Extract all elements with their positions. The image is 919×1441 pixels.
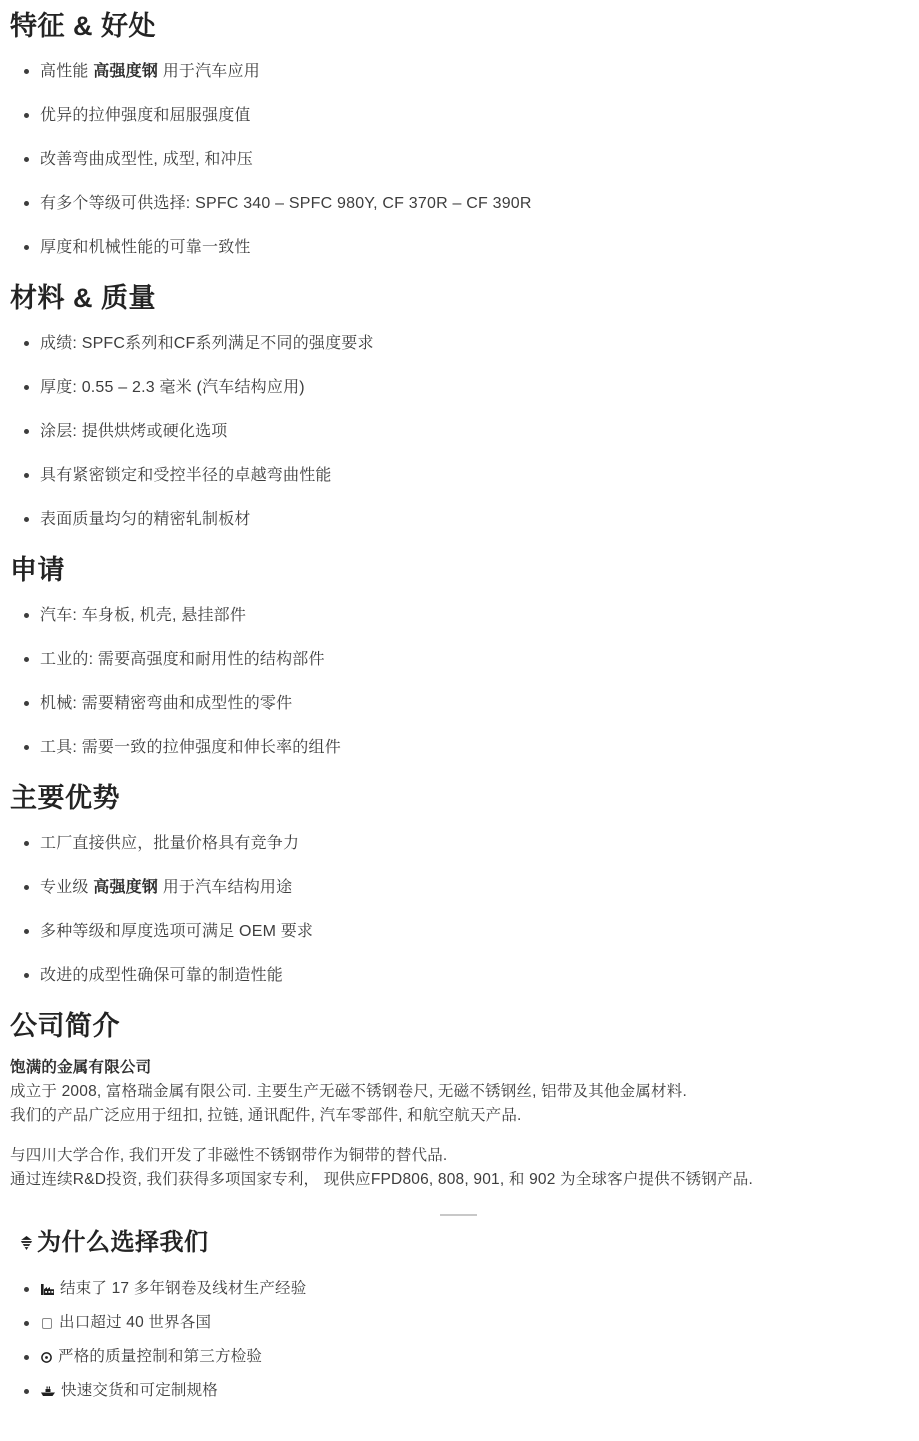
company-name: 饱满的金属有限公司 <box>10 1059 151 1076</box>
section-advantages: 主要优势 工厂直接供应，批量价格具有竞争力 专业级 高强度钢 用于汽车结构用途 … <box>10 782 907 985</box>
text-run: 专业级 <box>40 879 93 896</box>
why-choose-us-heading: 为什么选择我们 <box>18 1228 907 1258</box>
why-item-text: 快速交货和可定制规格 <box>61 1382 218 1400</box>
list-item: 改善弯曲成型性, 成型, 和冲压 <box>40 150 907 169</box>
list-item: 工具: 需要一致的拉伸强度和伸长率的组件 <box>40 738 907 757</box>
target-icon <box>40 1351 53 1364</box>
list-item: 专业级 高强度钢 用于汽车结构用途 <box>40 878 907 897</box>
list-item: 厚度: 0.55 – 2.3 毫米 (汽车结构应用) <box>40 378 907 397</box>
company-heading: 公司简介 <box>10 1010 907 1042</box>
list-item: 多种等级和厚度选项可满足 OEM 要求 <box>40 922 907 941</box>
section-why-choose-us: 为什么选择我们 结束了 17 多年钢卷及线材生产经验 出口超过 40 世界各国 <box>10 1228 907 1400</box>
list-item: 涂层: 提供烘烤或硬化选项 <box>40 422 907 441</box>
list-item: 工厂直接供应，批量价格具有竞争力 <box>40 834 907 853</box>
section-features: 特征 & 好处 高性能 高强度钢 用于汽车应用 优异的拉伸强度和屈服强度值 改善… <box>10 10 907 257</box>
text-run-bold: 高强度钢 <box>93 879 158 896</box>
why-choose-us-list: 结束了 17 多年钢卷及线材生产经验 出口超过 40 世界各国 严格的质量控制和… <box>10 1280 907 1400</box>
materials-list: 成绩: SPFC系列和CF系列满足不同的强度要求 厚度: 0.55 – 2.3 … <box>10 334 907 529</box>
list-item: 快速交货和可定制规格 <box>40 1382 907 1400</box>
applications-list: 汽车: 车身板, 机壳, 悬挂部件 工业的: 需要高强度和耐用性的结构部件 机械… <box>10 606 907 757</box>
section-applications: 申请 汽车: 车身板, 机壳, 悬挂部件 工业的: 需要高强度和耐用性的结构部件… <box>10 554 907 757</box>
list-item: 工业的: 需要高强度和耐用性的结构部件 <box>40 650 907 669</box>
list-item: 表面质量均匀的精密轧制板材 <box>40 510 907 529</box>
list-item: 结束了 17 多年钢卷及线材生产经验 <box>40 1280 907 1298</box>
company-line: 通过连续R&D投资, 我们获得多项国家专利， 现供应FPD806, 808, 9… <box>10 1171 753 1188</box>
text-run: 用于汽车应用 <box>158 63 260 80</box>
section-materials: 材料 & 质量 成绩: SPFC系列和CF系列满足不同的强度要求 厚度: 0.5… <box>10 282 907 529</box>
list-item: 优异的拉伸强度和屈服强度值 <box>40 106 907 125</box>
list-item: 机械: 需要精密弯曲和成型性的零件 <box>40 694 907 713</box>
list-item: 高性能 高强度钢 用于汽车应用 <box>40 62 907 81</box>
advantages-heading: 主要优势 <box>10 782 907 814</box>
ship-icon <box>40 1385 56 1398</box>
list-item: 出口超过 40 世界各国 <box>40 1314 907 1332</box>
company-description: 饱满的金属有限公司 成立于 2008, 富格瑞金属有限公司. 主要生产无磁不锈钢… <box>10 1056 907 1192</box>
section-divider <box>440 1214 477 1216</box>
list-item: 汽车: 车身板, 机壳, 悬挂部件 <box>40 606 907 625</box>
why-heading-text: 为什么选择我们 <box>37 1228 209 1258</box>
why-item-text: 出口超过 40 世界各国 <box>59 1314 211 1332</box>
list-item: 改进的成型性确保可靠的制造性能 <box>40 966 907 985</box>
company-line: 我们的产品广泛应用于纽扣, 拉链, 通讯配件, 汽车零部件, 和航空航天产品. <box>10 1107 522 1124</box>
materials-heading: 材料 & 质量 <box>10 282 907 314</box>
text-run: 高性能 <box>40 63 93 80</box>
product-description-page: 特征 & 好处 高性能 高强度钢 用于汽车应用 优异的拉伸强度和屈服强度值 改善… <box>0 0 919 1426</box>
why-item-text: 严格的质量控制和第三方检验 <box>58 1348 262 1366</box>
company-paragraph: 与四川大学合作, 我们开发了非磁性不锈钢带作为铜带的替代品. 通过连续R&D投资… <box>10 1144 907 1192</box>
list-item: 成绩: SPFC系列和CF系列满足不同的强度要求 <box>40 334 907 353</box>
company-line: 与四川大学合作, 我们开发了非磁性不锈钢带作为铜带的替代品. <box>10 1147 447 1164</box>
text-run-bold: 高强度钢 <box>93 63 158 80</box>
advantages-list: 工厂直接供应，批量价格具有竞争力 专业级 高强度钢 用于汽车结构用途 多种等级和… <box>10 834 907 985</box>
applications-heading: 申请 <box>10 554 907 586</box>
text-run: 用于汽车结构用途 <box>158 879 292 896</box>
features-heading: 特征 & 好处 <box>10 10 907 42</box>
company-line: 成立于 2008, 富格瑞金属有限公司. 主要生产无磁不锈钢卷尺, 无磁不锈钢丝… <box>10 1083 687 1100</box>
why-item-text: 结束了 17 多年钢卷及线材生产经验 <box>60 1280 306 1298</box>
list-item: 有多个等级可供选择: SPFC 340 – SPFC 980Y, CF 370R… <box>40 194 907 213</box>
section-company-profile: 公司简介 饱满的金属有限公司 成立于 2008, 富格瑞金属有限公司. 主要生产… <box>10 1010 907 1192</box>
company-paragraph: 饱满的金属有限公司 成立于 2008, 富格瑞金属有限公司. 主要生产无磁不锈钢… <box>10 1056 907 1128</box>
gem-icon <box>18 1235 35 1251</box>
globe-placeholder-icon <box>40 1318 54 1329</box>
features-list: 高性能 高强度钢 用于汽车应用 优异的拉伸强度和屈服强度值 改善弯曲成型性, 成… <box>10 62 907 257</box>
factory-icon <box>40 1283 55 1296</box>
list-item: 严格的质量控制和第三方检验 <box>40 1348 907 1366</box>
list-item: 具有紧密锁定和受控半径的卓越弯曲性能 <box>40 466 907 485</box>
list-item: 厚度和机械性能的可靠一致性 <box>40 238 907 257</box>
